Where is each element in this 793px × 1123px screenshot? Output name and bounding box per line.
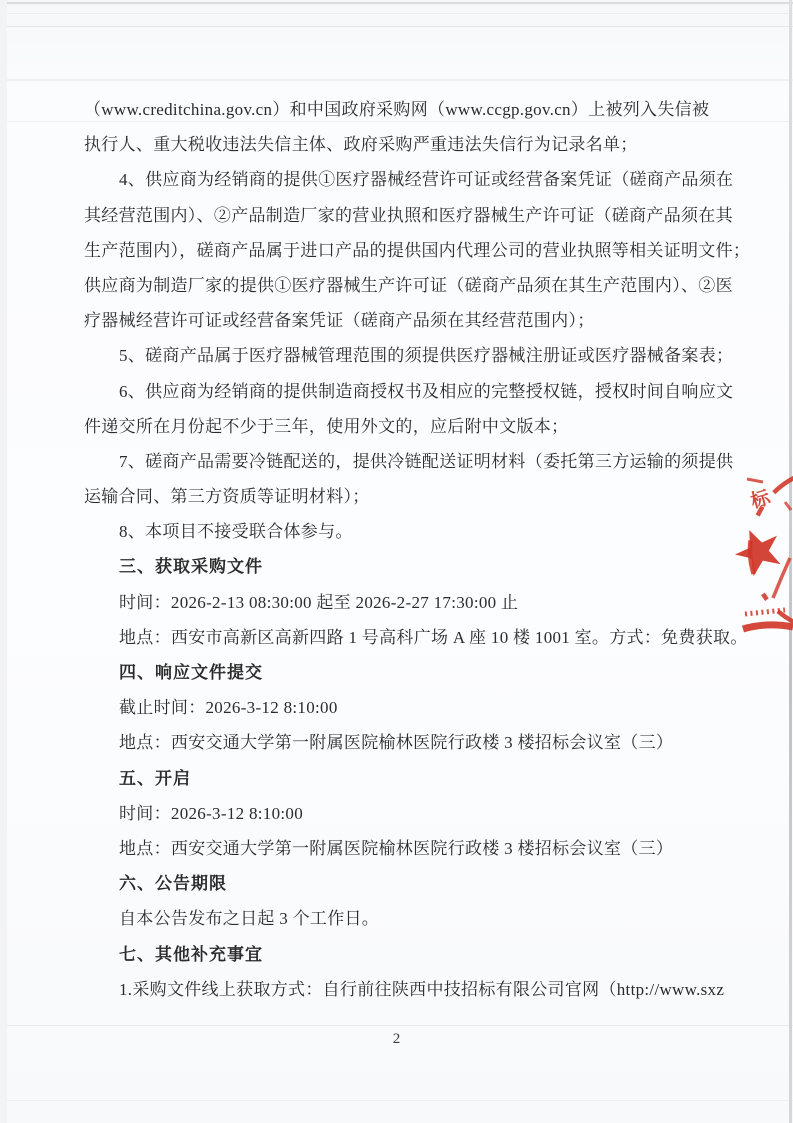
text-line: 5、磋商产品属于医疗器械管理范围的须提供医疗器械注册证或医疗器械备案表； [84,338,732,373]
text-line: 疗器械经营许可证或经营备案凭证（磋商产品须在其经营范围内）； [84,303,732,338]
text-line: 6、供应商为经销商的提供制造商授权书及相应的完整授权链，授权时间自响应文 [84,374,732,409]
section-heading: 四、响应文件提交 [84,655,732,690]
section-heading: 三、获取采购文件 [84,549,732,584]
text-line: 其经营范围内）、②产品制造厂家的营业执照和医疗器械生产许可证（磋商产品须在其 [84,198,732,233]
text-line: （www.creditchina.gov.cn）和中国政府采购网（www.ccg… [84,92,732,127]
stamp-star [733,521,788,580]
page-right-edge [789,0,792,1123]
page-left-edge [0,0,7,1123]
section-heading: 六、公告期限 [84,866,732,901]
text-line: 4、供应商为经销商的提供①医疗器械经营许可证或经营备案凭证（磋商产品须在 [84,162,732,197]
stamp-arc-fragment [747,479,763,482]
text-line: 时间：2026-2-13 08:30:00 起至 2026-2-27 17:30… [84,585,732,620]
text-line: 1.采购文件线上获取方式：自行前往陕西中技招标有限公司官网（http://www… [84,972,732,1007]
text-line: 地点：西安交通大学第一附属医院榆林医院行政楼 3 楼招标会议室（三） [84,725,732,760]
text-line: 执行人、重大税收违法失信主体、政府采购严重违法失信行为记录名单； [84,127,732,162]
scanned-document-page: { "page": { "number": "2" }, "colors": {… [0,0,793,1123]
stamp-arc-fragment [785,502,791,510]
stamp-serial-marks [745,610,785,614]
stamp-circle [750,469,793,631]
page-number: 2 [0,1031,793,1048]
text-line: 自本公告发布之日起 3 个工作日。 [84,901,732,936]
text-line: 供应商为制造厂家的提供①医疗器械生产许可证（磋商产品须在其生产范围内）、②医 [84,268,732,303]
text-line: 8、本项目不接受联合体参与。 [84,514,732,549]
scan-artifact-line [0,2,793,4]
scan-artifact-line [0,79,793,81]
text-line: 运输合同、第三方资质等证明材料）； [84,479,732,514]
text-line: 生产范围内），磋商产品属于进口产品的提供国内代理公司的营业执照等相关证明文件； [84,233,732,268]
stamp-character: 标 [747,485,774,513]
text-line: 时间：2026-3-12 8:10:00 [84,796,732,831]
text-line: 截止时间：2026-3-12 8:10:00 [84,690,732,725]
scan-artifact-line [0,13,793,14]
section-heading: 七、其他补充事宜 [84,937,732,972]
document-body: （www.creditchina.gov.cn）和中国政府采购网（www.ccg… [84,92,732,1007]
stamp-arc-fragment [773,558,790,598]
scan-artifact-line [0,1025,793,1026]
stamp-bottom-arc [743,625,793,629]
scan-artifact-line [0,1100,793,1101]
text-line: 7、磋商产品需要冷链配送的，提供冷链配送证明材料（委托第三方运输的须提供 [84,444,732,479]
scan-artifact-line [0,26,793,27]
text-line: 件递交所在月份起不少于三年，使用外文的，应后附中文版本； [84,409,732,444]
section-heading: 五、开启 [84,761,732,796]
text-line: 地点：西安市高新区高新四路 1 号高科广场 A 座 10 楼 1001 室。方式… [84,620,732,655]
text-line: 地点：西安交通大学第一附属医院榆林医院行政楼 3 楼招标会议室（三） [84,831,732,866]
